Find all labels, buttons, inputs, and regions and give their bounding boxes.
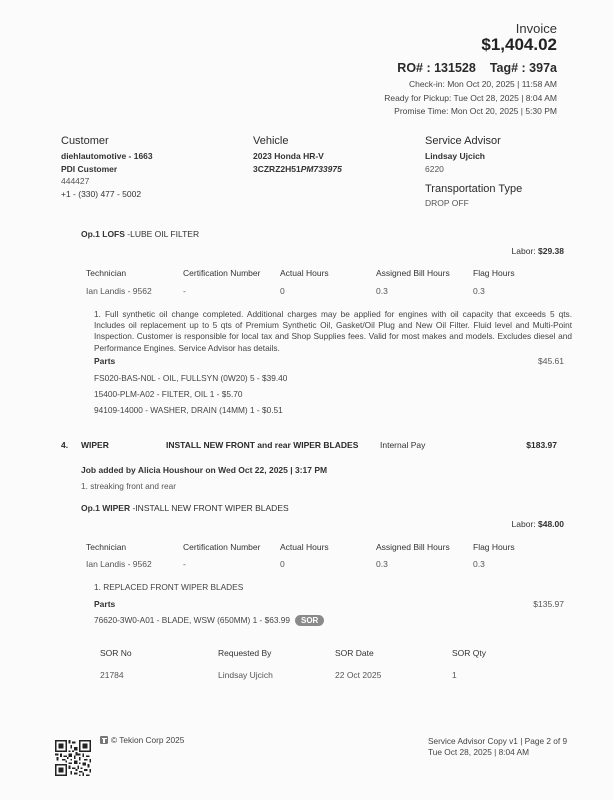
op-wiper-parts-label: Parts bbox=[94, 599, 115, 609]
transportation-block: Transportation Type DROP OFF bbox=[425, 183, 522, 210]
job-total: $183.97 bbox=[526, 440, 557, 450]
flag-hours: 0.3 bbox=[473, 559, 485, 569]
col-technician: Technician bbox=[86, 268, 126, 278]
labor-value: $29.38 bbox=[538, 246, 564, 256]
col-flag-hours: Flag Hours bbox=[473, 542, 515, 552]
service-advisor-name: Lindsay Ujcich bbox=[425, 150, 501, 163]
op-description: -LUBE OIL FILTER bbox=[125, 229, 199, 239]
promise-time: Promise Time: Mon Oct 20, 2025 | 5:30 PM bbox=[384, 105, 557, 119]
ro-tag-line: RO# : 131528Tag# : 397a bbox=[397, 61, 557, 75]
part-line: 15400-PLM-A02 - FILTER, OIL 1 - $5.70 bbox=[94, 389, 243, 399]
col-certification: Certification Number bbox=[183, 542, 260, 552]
customer-title: Customer bbox=[61, 135, 153, 147]
technician-name: Ian Landis - 9562 bbox=[86, 286, 152, 296]
col-assigned-bill-hours: Assigned Bill Hours bbox=[376, 268, 450, 278]
sor-requested-by: Lindsay Ujcich bbox=[218, 670, 273, 680]
job-number: 4. bbox=[61, 440, 68, 450]
customer-type: PDI Customer bbox=[61, 163, 153, 176]
sor-date: 22 Oct 2025 bbox=[335, 670, 381, 680]
actual-hours: 0 bbox=[280, 286, 285, 296]
job-code: WIPER bbox=[81, 440, 109, 450]
sor-no: 21784 bbox=[100, 670, 124, 680]
op-wiper-parts-total: $135.97 bbox=[533, 599, 564, 609]
job-added-by: Job added by Alicia Houshour on Wed Oct … bbox=[81, 465, 327, 475]
customer-id: 444427 bbox=[61, 175, 153, 188]
job-concern: 1. streaking front and rear bbox=[81, 481, 176, 491]
vehicle-block: Vehicle 2023 Honda HR-V 3CZRZ2H51PM73397… bbox=[253, 135, 342, 175]
op-lofs-labor: Labor: $29.38 bbox=[512, 246, 564, 256]
document-type-label: Invoice bbox=[516, 21, 557, 36]
actual-hours: 0 bbox=[280, 559, 285, 569]
ro-number: RO# : 131528 bbox=[397, 61, 476, 75]
customer-block: Customer diehlautomotive - 1663 PDI Cust… bbox=[61, 135, 153, 200]
op-code: Op.1 LOFS bbox=[81, 229, 125, 239]
customer-name: diehlautomotive - 1663 bbox=[61, 150, 153, 163]
vin-prefix: 3CZRZ2H51 bbox=[253, 164, 301, 174]
op-lofs-note: 1. Full synthetic oil change completed. … bbox=[94, 309, 572, 354]
footer-info: Service Advisor Copy v1 | Page 2 of 9 Tu… bbox=[428, 736, 567, 758]
assigned-bill-hours: 0.3 bbox=[376, 559, 388, 569]
tag-number: Tag# : 397a bbox=[490, 61, 557, 75]
sor-badge: SOR bbox=[295, 615, 324, 626]
transportation-value: DROP OFF bbox=[425, 197, 522, 210]
service-advisor-title: Service Advisor bbox=[425, 135, 501, 147]
col-assigned-bill-hours: Assigned Bill Hours bbox=[376, 542, 450, 552]
col-sor-date: SOR Date bbox=[335, 648, 374, 658]
op-wiper-title: Op.1 WIPER -INSTALL NEW FRONT WIPER BLAD… bbox=[81, 503, 289, 513]
vin-suffix: PM733975 bbox=[301, 164, 342, 174]
customer-phone: +1 - (330) 477 - 5002 bbox=[61, 188, 153, 201]
transportation-title: Transportation Type bbox=[425, 183, 522, 195]
tekion-logo-icon bbox=[100, 736, 108, 744]
col-sor-no: SOR No bbox=[100, 648, 132, 658]
vehicle-model: 2023 Honda HR-V bbox=[253, 150, 342, 163]
op-description: -INSTALL NEW FRONT WIPER BLADES bbox=[130, 503, 289, 513]
vehicle-vin: 3CZRZ2H51PM733975 bbox=[253, 163, 342, 176]
certification-number: - bbox=[183, 559, 186, 569]
certification-number: - bbox=[183, 286, 186, 296]
col-technician: Technician bbox=[86, 542, 126, 552]
timestamps: Check-in: Mon Oct 20, 2025 | 11:58 AM Re… bbox=[384, 78, 557, 119]
labor-label: Labor: bbox=[512, 246, 538, 256]
col-actual-hours: Actual Hours bbox=[280, 268, 329, 278]
part-line: FS020-BAS-N0L - OIL, FULLSYN (0W20) 5 - … bbox=[94, 373, 287, 383]
col-actual-hours: Actual Hours bbox=[280, 542, 329, 552]
copyright: © Tekion Corp 2025 bbox=[100, 735, 184, 745]
invoice-total: $1,404.02 bbox=[481, 35, 557, 55]
copy-page-info: Service Advisor Copy v1 | Page 2 of 9 bbox=[428, 736, 567, 747]
part-line: 94109-14000 - WASHER, DRAIN (14MM) 1 - $… bbox=[94, 405, 283, 415]
op-lofs-parts-label: Parts bbox=[94, 356, 115, 366]
op-wiper-note: 1. REPLACED FRONT WIPER BLADES bbox=[94, 582, 243, 592]
printed-timestamp: Tue Oct 28, 2025 | 8:04 AM bbox=[428, 747, 567, 758]
service-advisor-id: 6220 bbox=[425, 163, 501, 176]
sor-qty: 1 bbox=[452, 670, 457, 680]
col-certification: Certification Number bbox=[183, 268, 260, 278]
labor-value: $48.00 bbox=[538, 519, 564, 529]
ready-for-pickup-time: Ready for Pickup: Tue Oct 28, 2025 | 8:0… bbox=[384, 92, 557, 106]
op-wiper-labor: Labor: $48.00 bbox=[512, 519, 564, 529]
col-sor-qty: SOR Qty bbox=[452, 648, 486, 658]
qr-code-icon bbox=[55, 740, 91, 776]
pay-type-text: Internal Pay bbox=[380, 440, 425, 450]
labor-label: Labor: bbox=[512, 519, 538, 529]
col-requested-by: Requested By bbox=[218, 648, 271, 658]
service-advisor-block: Service Advisor Lindsay Ujcich 6220 bbox=[425, 135, 501, 175]
copyright-text: © Tekion Corp 2025 bbox=[111, 735, 184, 745]
op-lofs-parts-total: $45.61 bbox=[538, 356, 564, 366]
job-description: INSTALL NEW FRONT and rear WIPER BLADES bbox=[166, 440, 358, 450]
check-in-time: Check-in: Mon Oct 20, 2025 | 11:58 AM bbox=[384, 78, 557, 92]
assigned-bill-hours: 0.3 bbox=[376, 286, 388, 296]
flag-hours: 0.3 bbox=[473, 286, 485, 296]
technician-name: Ian Landis - 9562 bbox=[86, 559, 152, 569]
job-pay-type: Internal Pay bbox=[380, 440, 425, 450]
col-flag-hours: Flag Hours bbox=[473, 268, 515, 278]
part-text: 76620-3W0-A01 - BLADE, WSW (650MM) 1 - $… bbox=[94, 615, 290, 625]
op-code: Op.1 WIPER bbox=[81, 503, 130, 513]
vehicle-title: Vehicle bbox=[253, 135, 342, 147]
op-lofs-title: Op.1 LOFS -LUBE OIL FILTER bbox=[81, 229, 199, 239]
part-line: 76620-3W0-A01 - BLADE, WSW (650MM) 1 - $… bbox=[94, 615, 324, 626]
